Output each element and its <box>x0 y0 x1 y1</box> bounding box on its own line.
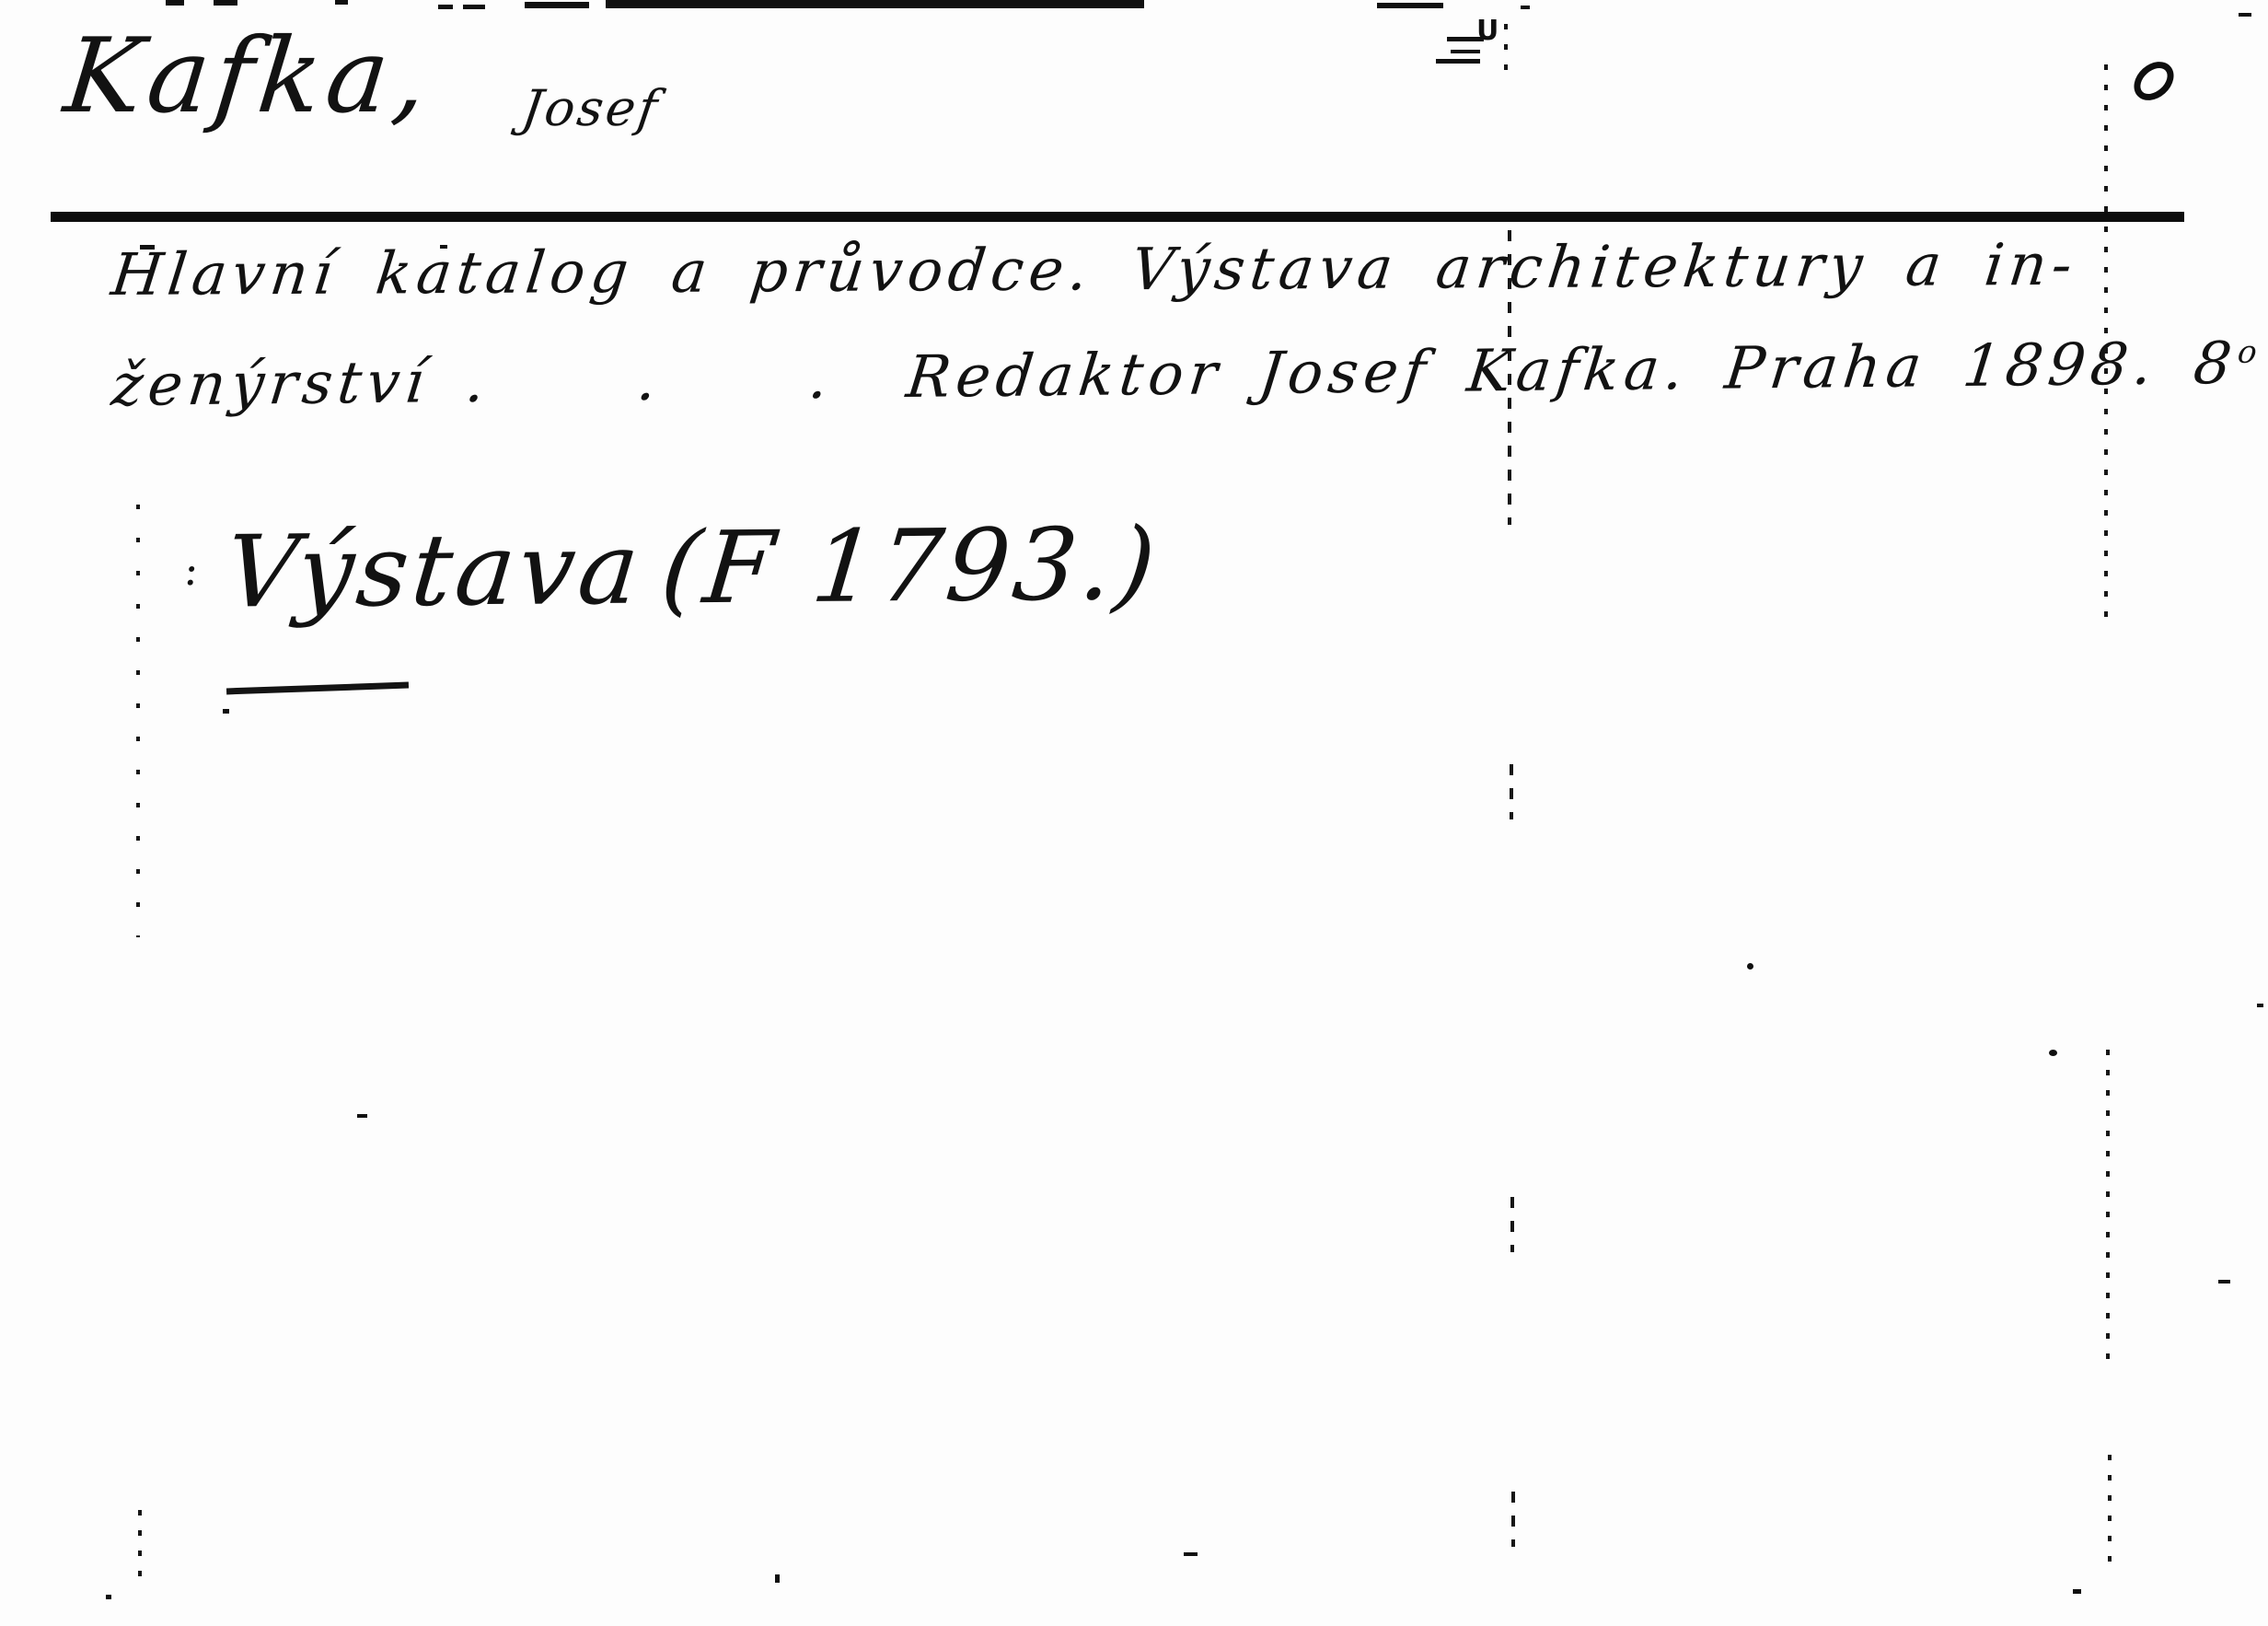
vertical-dotted-line-right <box>2104 64 2108 617</box>
scan-noise-speck <box>2073 1589 2081 1594</box>
callout-reference: (F 1793.) <box>656 507 1163 627</box>
scan-noise-speck <box>140 245 155 250</box>
scan-noise-speck <box>1747 963 1753 970</box>
scan-noise-dash <box>1521 6 1530 9</box>
scan-noise-dash <box>166 0 184 6</box>
callout-underline <box>226 682 409 695</box>
scan-noise-dash <box>1451 50 1480 53</box>
vertical-dashed-line <box>1510 764 1513 819</box>
vertical-dashed-line <box>1511 1492 1515 1547</box>
stamp-noise-glyph: U <box>1476 15 1498 47</box>
scan-noise-dash <box>1377 3 1443 8</box>
scan-noise-dash <box>1447 37 1484 41</box>
scan-noise-dash <box>1436 59 1480 64</box>
scan-noise-vertical <box>1504 24 1508 75</box>
scan-noise-speck <box>357 1114 367 1118</box>
scan-noise-dash <box>1011 6 1020 8</box>
catalog-card: U Kafka, Josef Hlavní katalog a průvodce… <box>0 0 2268 1626</box>
callout-word: Výstava <box>220 512 647 631</box>
scan-noise-dash <box>525 2 589 8</box>
vertical-dotted-line-left <box>138 1510 142 1584</box>
ink-blob <box>2126 54 2181 109</box>
scan-noise-speck <box>2218 1280 2230 1283</box>
scan-noise-bar <box>606 0 1144 8</box>
heading-forename: Josef <box>518 79 664 137</box>
scan-noise-dash <box>335 0 348 5</box>
callout-colon: : <box>182 545 205 595</box>
entry-line-1: Hlavní katalog a průvodce. Výstava archi… <box>108 231 2081 308</box>
entry-line-2-text: ženýrství . . . Redaktor Josef Kafka. Pr… <box>109 330 2240 419</box>
scan-noise-speck <box>106 1595 111 1599</box>
scan-noise-dash <box>463 5 485 9</box>
scan-noise-speck <box>2257 1004 2263 1007</box>
scan-noise-speck <box>440 245 447 249</box>
scan-noise-speck <box>223 709 229 714</box>
heading-surname: Kafka, <box>59 17 438 136</box>
vertical-dotted-line-right <box>2106 1050 2110 1363</box>
vertical-dotted-line-right <box>2108 1455 2112 1574</box>
vertical-dashed-line <box>1508 230 1511 525</box>
scan-noise-speck <box>2049 1050 2057 1056</box>
divider-rule <box>51 212 2184 222</box>
scan-noise-speck <box>1184 1552 1198 1556</box>
scan-noise-dash <box>214 0 237 6</box>
vertical-dashed-line <box>1510 1197 1514 1252</box>
callout-line: :Výstava(F 1793.) <box>179 507 1163 631</box>
entry-line-2: ženýrství . . . Redaktor Josef Kafka. Pr… <box>109 330 2265 419</box>
scan-noise-dash <box>438 5 453 9</box>
vertical-dotted-line-left <box>136 505 140 937</box>
scan-noise-dash <box>2239 13 2251 17</box>
entry-line-2-superscript: o <box>2236 334 2264 371</box>
scan-noise-speck <box>775 1574 780 1583</box>
